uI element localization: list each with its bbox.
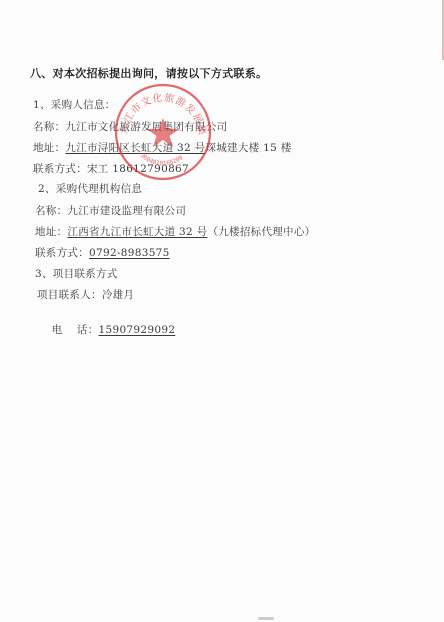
agency-name-label: 名称： bbox=[35, 205, 67, 217]
project-person-value: 冷雄月 bbox=[102, 289, 134, 301]
project-phone-value: 15907929092 bbox=[99, 324, 176, 336]
project-title: 3、项目联系方式 bbox=[35, 267, 118, 281]
purchaser-title: 1、采购人信息： bbox=[33, 98, 116, 112]
purchaser-address-label: 地址： bbox=[33, 142, 65, 154]
purchaser-address-row: 地址：九江市浔阳区长虹大道 32 号琛城建大楼 15 楼 bbox=[33, 141, 292, 155]
purchaser-name-value: 九江市文化旅游发展集团有限公司 bbox=[65, 121, 227, 133]
agency-contact-value: 0792-8983575 bbox=[89, 247, 170, 259]
agency-address-label: 地址： bbox=[35, 226, 67, 238]
purchaser-contact-row: 联系方式：宋工 18612790867 bbox=[33, 162, 189, 176]
project-person-row: 项目联系人：冷雄月 bbox=[37, 288, 134, 302]
purchaser-name-label: 名称： bbox=[33, 121, 65, 133]
purchaser-address-value: 九江市浔阳区长虹大道 32 号 bbox=[65, 142, 205, 154]
agency-title: 2、采购代理机构信息 bbox=[38, 182, 142, 196]
purchaser-address-rest: 琛城建大楼 15 楼 bbox=[205, 142, 291, 154]
agency-address-value: 江西省九江市长虹大道 32 号 bbox=[67, 226, 207, 238]
section-heading: 八、对本次招标提出询问，请按以下方式联系。 bbox=[30, 67, 267, 81]
project-person-label: 项目联系人： bbox=[37, 289, 102, 301]
purchaser-name-row: 名称：九江市文化旅游发展集团有限公司 bbox=[33, 120, 227, 134]
scanned-page: 八、对本次招标提出询问，请按以下方式联系。 1、采购人信息： 名称：九江市文化旅… bbox=[0, 0, 444, 622]
agency-name-row: 名称：九江市建设监理有限公司 bbox=[35, 204, 186, 218]
project-phone-row: 电 话：15907929092 bbox=[37, 309, 175, 351]
purchaser-contact-label: 联系方式： bbox=[33, 163, 87, 175]
agency-contact-label: 联系方式： bbox=[35, 247, 89, 259]
agency-contact-row: 联系方式：0792-8983575 bbox=[35, 246, 170, 260]
scan-artifact bbox=[258, 617, 274, 620]
agency-address-rest: （九楼招标代理中心） bbox=[207, 226, 315, 238]
project-phone-label: 电 话： bbox=[52, 324, 99, 336]
agency-name-value: 九江市建设监理有限公司 bbox=[67, 205, 186, 217]
agency-address-row: 地址：江西省九江市长虹大道 32 号（九楼招标代理中心） bbox=[35, 225, 315, 239]
purchaser-contact-value: 宋工 18612790867 bbox=[87, 163, 189, 175]
